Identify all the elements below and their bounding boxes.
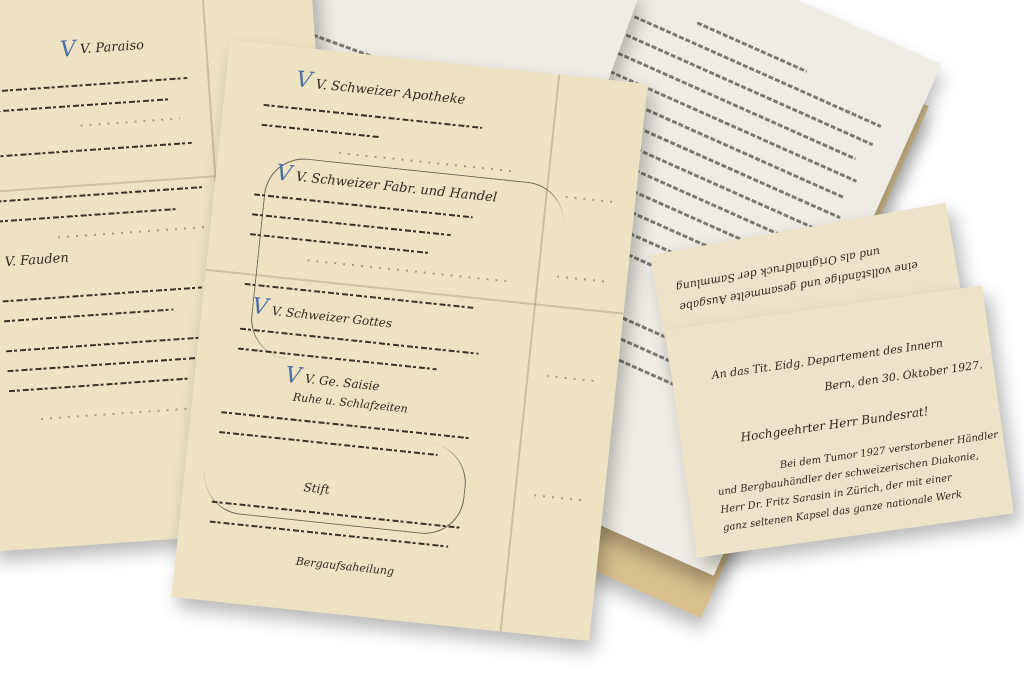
ledger-heading: V. Paraiso <box>80 38 145 57</box>
letter-salutation: Hochgeehrter Herr Bundesrat! <box>740 404 930 444</box>
ledger-subheading: Ruhe u. Schlafzeiten <box>292 391 408 416</box>
checkmark-icon: V <box>295 67 313 94</box>
checkmark-icon: V <box>275 161 293 188</box>
letter-date: Bern, den 30. Oktober 1927. <box>824 358 984 393</box>
ledger-annotation: Bergaufsaheilung <box>295 555 394 578</box>
ledger-subheading: Stift <box>303 480 330 497</box>
ledger-heading: V. Fauden <box>4 251 69 270</box>
ledger-sheet-center: V V. Schweizer Apotheke V V. Schweizer F… <box>171 40 647 641</box>
checkmark-icon: V <box>59 37 77 63</box>
checkmark-icon: V <box>251 294 269 321</box>
ledger-heading: V. Ge. Saisie <box>304 372 380 394</box>
ledger-heading: V. Schweizer Apotheke <box>315 77 466 108</box>
letter-card: An das Tit. Eidg. Departement des Innern… <box>665 285 1014 557</box>
checkmark-icon: V <box>284 363 302 390</box>
